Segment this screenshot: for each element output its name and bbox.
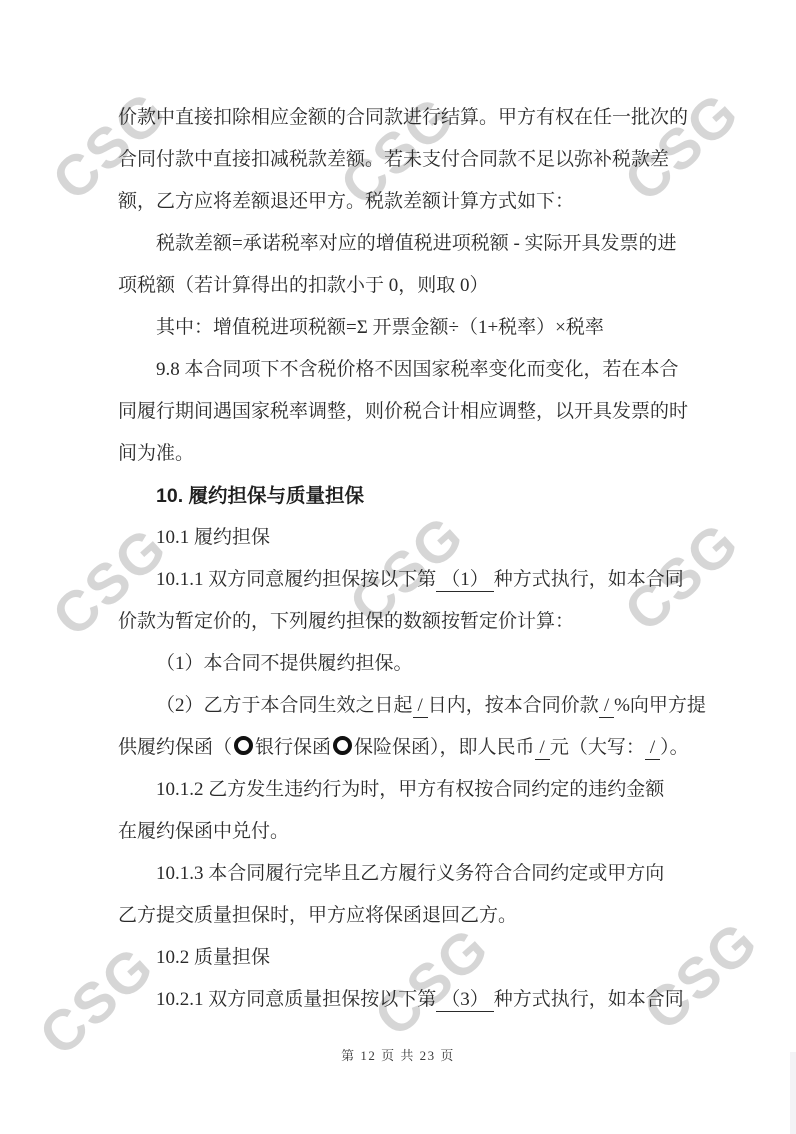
contract-page: CSG CSG CSG CSG CSG CSG CSG CSG CSG 价款中直…: [0, 0, 796, 1134]
text-run: 额，乙方应将差额退还甲方。税款差额计算方式如下：: [118, 191, 574, 212]
text-line: 其中：增值税进项税额=Σ 开票金额÷（1+税率）×税率: [118, 307, 696, 349]
page-footer: 第 12 页 共 23 页: [0, 1045, 796, 1064]
text-line: 乙方提交质量担保时，甲方应将保函退回乙方。: [118, 895, 696, 937]
page-number: 第 12 页 共 23 页: [341, 1048, 455, 1063]
text-line: （2）乙方于本合同生效之日起/日内，按本合同价款/%向甲方提: [118, 685, 696, 727]
filled-blank: /: [599, 695, 614, 718]
text-line: 项税额（若计算得出的扣款小于 0，则取 0）: [118, 265, 696, 307]
text-line: 10.2.1 双方同意质量担保按以下第（3）种方式执行，如本合同: [118, 979, 696, 1021]
text-run: 银行保函: [255, 737, 331, 758]
filled-blank: /: [535, 737, 550, 760]
text-run: ）。: [660, 737, 689, 758]
text-run: （2）乙方于本合同生效之日起: [156, 695, 413, 716]
filled-blank: （1）: [436, 569, 494, 592]
text-run: 供履约保函（: [118, 737, 232, 758]
text-line: 合同付款中直接扣减税款差额。若未支付合同款不足以弥补税款差: [118, 139, 696, 181]
text-line: 同履行期间遇国家税率调整，则价税合计相应调整，以开具发票的时: [118, 391, 696, 433]
text-line: 10.2 质量担保: [118, 937, 696, 979]
text-run: 保险保函），即人民币: [354, 737, 535, 758]
text-run: 同履行期间遇国家税率调整，则价税合计相应调整，以开具发票的时: [118, 401, 688, 422]
section-heading: 10. 履约担保与质量担保: [118, 475, 696, 517]
text-line: 间为准。: [118, 433, 696, 475]
text-line: 10.1.1 双方同意履约担保按以下第（1）种方式执行，如本合同: [118, 559, 696, 601]
text-run: 其中：增值税进项税额=Σ 开票金额÷（1+税率）×税率: [156, 317, 604, 338]
text-run: 10.2 质量担保: [156, 947, 270, 968]
text-run: 间为准。: [118, 443, 194, 464]
text-run: 10.1.1 双方同意履约担保按以下第: [156, 569, 436, 590]
scan-artifact: [790, 1052, 796, 1134]
text-run: 乙方提交质量担保时，甲方应将保函退回乙方。: [118, 905, 517, 926]
option-circle-icon: [333, 736, 352, 755]
text-line: 10.1.2 乙方发生违约行为时，甲方有权按合同约定的违约金额: [118, 769, 696, 811]
text-run: 9.8 本合同项下不含税价格不因国家税率变化而变化，若在本合: [156, 359, 679, 380]
text-run: 价款为暂定价的，下列履约担保的数额按暂定价计算：: [118, 611, 574, 632]
text-run: 10. 履约担保与质量担保: [156, 485, 364, 507]
text-line: 10.1 履约担保: [118, 517, 696, 559]
text-run: 10.1.2 乙方发生违约行为时，甲方有权按合同约定的违约金额: [156, 779, 664, 800]
text-line: 价款中直接扣除相应金额的合同款进行结算。甲方有权在任一批次的: [118, 97, 696, 139]
text-line: 10.1.3 本合同履行完毕且乙方履行义务符合合同约定或甲方向: [118, 853, 696, 895]
text-run: 价款中直接扣除相应金额的合同款进行结算。甲方有权在任一批次的: [118, 107, 688, 128]
text-run: 10.1 履约担保: [156, 527, 270, 548]
text-run: 税款差额=承诺税率对应的增值税进项税额 - 实际开具发票的进: [156, 233, 677, 254]
filled-blank: （3）: [436, 989, 494, 1012]
text-run: 元（大写：: [550, 737, 645, 758]
text-run: 合同付款中直接扣减税款差额。若未支付合同款不足以弥补税款差: [118, 149, 669, 170]
text-line: （1）本合同不提供履约担保。: [118, 643, 696, 685]
text-line: 税款差额=承诺税率对应的增值税进项税额 - 实际开具发票的进: [118, 223, 696, 265]
text-line: 供履约保函（银行保函保险保函），即人民币/元（大写：/）。: [118, 727, 696, 769]
text-line: 额，乙方应将差额退还甲方。税款差额计算方式如下：: [118, 181, 696, 223]
text-line: 9.8 本合同项下不含税价格不因国家税率变化而变化，若在本合: [118, 349, 696, 391]
filled-blank: /: [413, 695, 428, 718]
text-run: 项税额（若计算得出的扣款小于 0，则取 0）: [118, 275, 489, 296]
option-circle-icon: [234, 736, 253, 755]
text-run: 10.1.3 本合同履行完毕且乙方履行义务符合合同约定或甲方向: [156, 863, 664, 884]
text-run: 种方式执行，如本合同: [494, 989, 684, 1010]
text-run: %向甲方提: [614, 695, 706, 716]
text-line: 价款为暂定价的，下列履约担保的数额按暂定价计算：: [118, 601, 696, 643]
filled-blank: /: [645, 737, 660, 760]
text-run: 种方式执行，如本合同: [494, 569, 684, 590]
text-run: 日内，按本合同价款: [428, 695, 599, 716]
text-line: 在履约保函中兑付。: [118, 811, 696, 853]
text-run: 在履约保函中兑付。: [118, 821, 289, 842]
document-body: 价款中直接扣除相应金额的合同款进行结算。甲方有权在任一批次的合同付款中直接扣减税…: [118, 97, 696, 1021]
text-run: 10.2.1 双方同意质量担保按以下第: [156, 989, 436, 1010]
text-run: （1）本合同不提供履约担保。: [156, 653, 413, 674]
